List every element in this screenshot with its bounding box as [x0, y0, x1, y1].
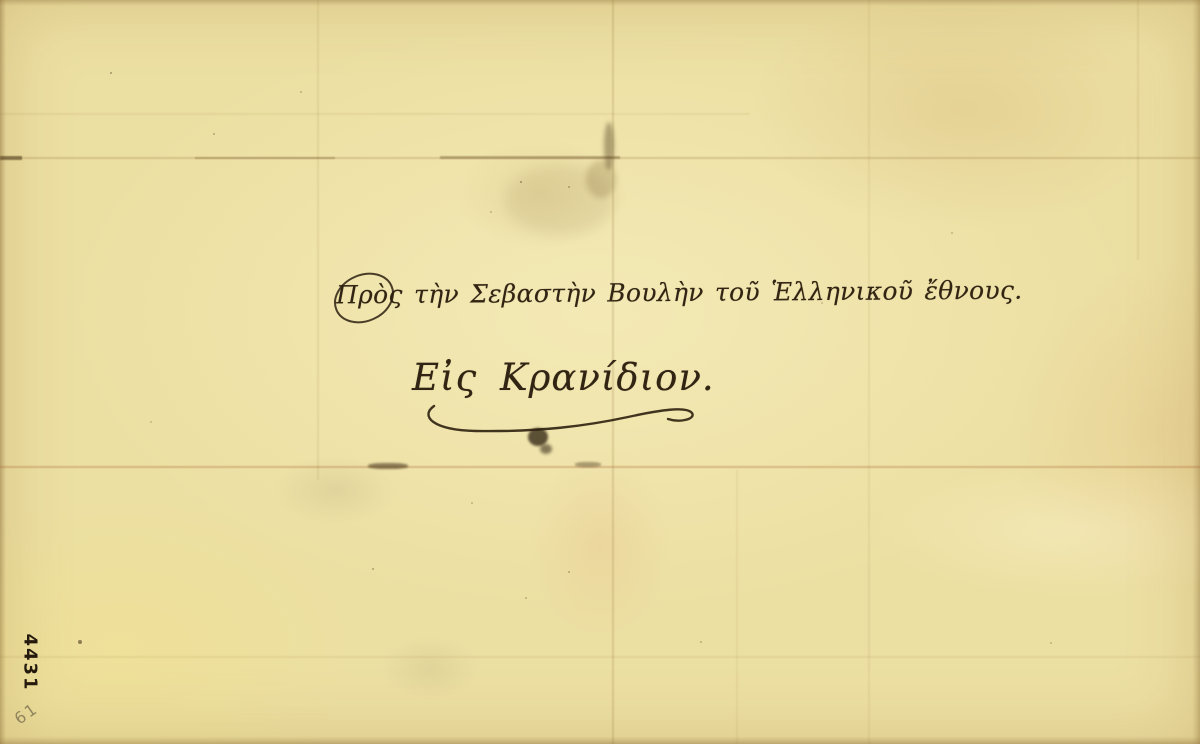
paper-background	[0, 0, 1200, 744]
letter-scan: Πρὸς τὴν Σεβαστὴν Βουλὴν τοῦ Ἑλληνικοῦ ἔ…	[0, 0, 1200, 744]
